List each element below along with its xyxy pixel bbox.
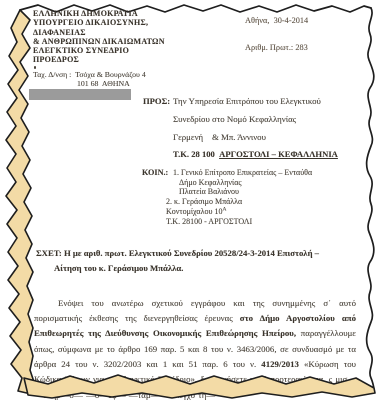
recipient-line: Συνεδρίου στο Νομό Κεφαλληνίας xyxy=(173,115,296,124)
scan-speck xyxy=(34,66,36,69)
place-and-date: Αθήνα, 30-4-2014 xyxy=(245,17,308,26)
letterhead-line: ΕΛΛΗΝΙΚΗ ΔΗΜΟΚΡΑΤΙΑ xyxy=(33,9,165,18)
body-bold-segment: 4129/2013 xyxy=(261,359,299,369)
cc-item2-street-text: Κοντομίχαλου 10 xyxy=(166,207,222,216)
recipient-postal-code: Τ.Κ. 28 100 xyxy=(173,149,215,159)
recipient-line: Την Υπηρεσία Επιτρόπου του Ελεγκτικού xyxy=(173,97,321,106)
scanned-letter-page: ΕΛΛΗΝΙΚΗ ΔΗΜΟΚΡΑΤΙΑ ΥΠΟΥΡΓΕΙΟ ΔΙΚΑΙΟΣΥΝΗ… xyxy=(0,0,382,400)
recipient-postal-line: Τ.Κ. 28 100 ΑΡΓΟΣΤΟΛΙ – ΚΕΦΑΛΛΗΝΙΑ xyxy=(173,150,338,159)
cc-item1-line: Δήμο Κεφαλληνίας xyxy=(179,179,242,187)
cc-label: ΚΟΙΝ.: xyxy=(142,169,168,178)
letter-content: ΕΛΛΗΝΙΚΗ ΔΗΜΟΚΡΑΤΙΑ ΥΠΟΥΡΓΕΙΟ ΔΙΚΑΙΟΣΥΝΗ… xyxy=(0,0,382,400)
protocol-number: Αριθμ. Πρωτ.: 283 xyxy=(245,44,308,53)
body-paragraph: Ενόψει του ανωτέρω σχετικού εγγράφου και… xyxy=(34,296,356,400)
recipient-line: Γερμενή & Μπ. Άννινου xyxy=(173,133,266,142)
cc-item2-street-superscript: Α xyxy=(222,206,226,212)
letterhead-line: ΥΠΟΥΡΓΕΙΟ ΔΙΚΑΙΟΣΥΝΗΣ, xyxy=(33,18,165,27)
cc-item1-line: 1. Γενικό Επίτροπο Επικρατείας – Ενταύθα xyxy=(173,169,312,177)
cc-item2-line: Τ.Κ. 28100 - ΑΡΓΟΣΤΟΛΙ xyxy=(166,218,252,226)
recipient-city: ΑΡΓΟΣΤΟΛΙ – ΚΕΦΑΛΛΗΝΙΑ xyxy=(219,149,338,159)
postal-address-line: Ταχ. Δ/νση : Τσόχα & Βουρνάζου 4 xyxy=(33,71,146,79)
reference-line-1: ΣΧΕΤ: Η με αριθ. πρωτ. Ελεγκτικού Συνεδρ… xyxy=(36,249,319,258)
recipient-label: ΠΡΟΣ: xyxy=(143,97,170,106)
postal-address-city: 101 68 ΑΘΗΝΑ xyxy=(77,80,130,88)
letterhead-line: ΔΙΑΦΑΝΕΙΑΣ xyxy=(33,28,165,37)
cc-item1-line: Πλατεία Βαλιάνου xyxy=(179,188,239,196)
letterhead-line: ΕΛΕΓΚΤΙΚΟ ΣΥΝΕΔΡΙΟ xyxy=(33,46,165,55)
cc-item2-line: 2. κ. Γεράσιμο Μπάλλα xyxy=(166,198,242,206)
reference-line-2: Αίτηση του κ. Γεράσιμου Μπάλλα. xyxy=(54,264,183,273)
redaction-bar xyxy=(29,89,131,100)
cc-item2-street: Κοντομίχαλου 10Α xyxy=(166,208,226,216)
letterhead-line: & ΑΝΘΡΩΠΙΝΩΝ ΔΙΚΑΙΩΜΑΤΩΝ xyxy=(33,37,165,46)
letterhead-line: ΠΡΟΕΔΡΟΣ xyxy=(33,55,165,64)
letterhead: ΕΛΛΗΝΙΚΗ ΔΗΜΟΚΡΑΤΙΑ ΥΠΟΥΡΓΕΙΟ ΔΙΚΑΙΟΣΥΝΗ… xyxy=(33,9,165,65)
